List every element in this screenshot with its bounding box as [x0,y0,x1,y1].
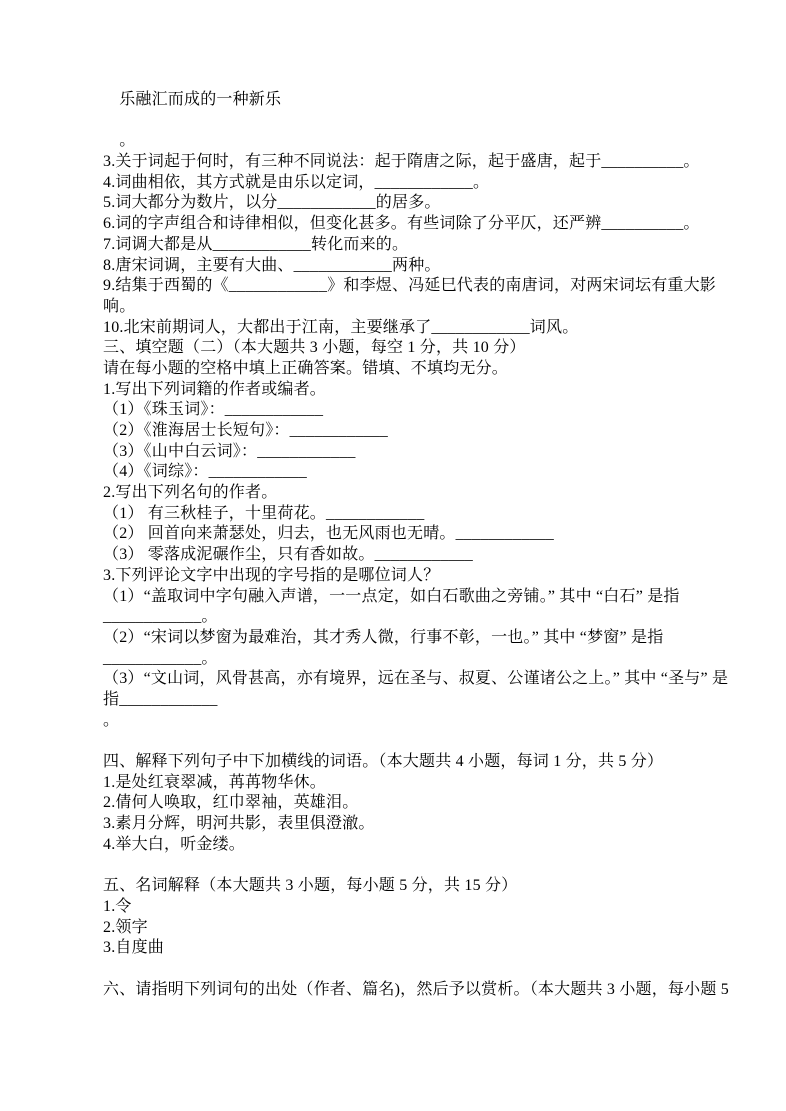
quote-question-line: （3）“文山词，风骨甚高，亦有境界，远在圣与、叔夏、公谨诸公之上。” 其中 “圣… [103,669,743,690]
wrapped-text-line: 响。 [103,297,743,318]
sub-question-2-heading: 2.写出下列名句的作者。 [103,483,743,504]
term-item: 1.令 [103,897,743,918]
blank-line [103,959,743,980]
section-five-heading: 五、名词解释（本大题共 3 小题，每小题 5 分，共 15 分） [103,876,743,897]
fill-blank-question-3: 3.关于词起于何时，有三种不同说法：起于隋唐之际，起于盛唐，起于________… [103,152,743,173]
term-item: 2.领字 [103,918,743,939]
fill-blank-item: （2） 回首向来萧瑟处，归去，也无风雨也无晴。____________ [103,524,743,545]
section-three-heading: 三、填空题（二）（本大题共 3 小题，每空 1 分，共 10 分） [103,338,743,359]
explain-term-item: 4.举大白，听金缕。 [103,835,743,856]
answer-blank-line: 指____________ [103,690,743,711]
document-page: 乐融汇而成的一种新乐 。 3.关于词起于何时，有三种不同说法：起于隋唐之际，起于… [103,90,743,1000]
fill-blank-question-10: 10.北宋前期词人，大都出于江南，主要继承了____________词风。 [103,318,743,339]
fill-blank-question-5: 5.词大都分为数片，以分____________的居多。 [103,193,743,214]
sub-question-1-heading: 1.写出下列词籍的作者或编者。 [103,380,743,401]
answer-blank-line: ____________。 [103,607,743,628]
section-six-heading: 六、请指明下列词句的出处（作者、篇名)，然后予以赏析。（本大题共 3 小题，每小… [103,980,743,1001]
fill-blank-question-6: 6.词的字声组合和诗律相似，但变化甚多。有些词除了分平仄，还严辨________… [103,214,743,235]
blank-line [103,731,743,752]
fill-blank-item: （3） 零落成泥碾作尘，只有香如故。____________ [103,545,743,566]
wrapped-punctuation-line: 。 [103,711,743,732]
fill-blank-item: （1） 有三秋桂子，十里荷花。____________ [103,504,743,525]
wrapped-punctuation-line: 。 [103,131,743,152]
blank-line [103,855,743,876]
explain-term-item: 1.是处红衰翠减，苒苒物华休。 [103,773,743,794]
fill-blank-question-7: 7.词调大都是从____________转化而来的。 [103,235,743,256]
fill-blank-question-4: 4.词曲相依，其方式就是由乐以定词，____________。 [103,173,743,194]
fill-blank-item: （4）《词综》：____________ [103,462,743,483]
blank-line [103,111,743,132]
answer-blank-line: ____________。 [103,649,743,670]
term-item: 3.自度曲 [103,938,743,959]
section-four-heading: 四、解释下列句子中下加横线的词语。（本大题共 4 小题，每词 1 分，共 5 分… [103,752,743,773]
fill-blank-item: （2）《淮海居士长短句》：____________ [103,421,743,442]
explain-term-item: 3.素月分辉，明河共影，表里俱澄澈。 [103,814,743,835]
quote-question-line: （1）“盖取词中字句融入声谱，一一点定，如白石歌曲之旁铺。” 其中 “白石” 是… [103,587,743,608]
fill-blank-question-8: 8.唐宋词调，主要有大曲、____________两种。 [103,256,743,277]
fill-blank-item: （3）《山中白云词》：____________ [103,442,743,463]
instruction-line: 请在每小题的空格中填上正确答案。错填、不填均无分。 [103,359,743,380]
answer-continuation-line: 乐融汇而成的一种新乐 [103,90,743,111]
explain-term-item: 2.倩何人唤取，红巾翠袖，英雄泪。 [103,793,743,814]
fill-blank-question-9: 9.结集于西蜀的《____________》和李煜、冯延巳代表的南唐词，对两宋词… [103,276,743,297]
fill-blank-item: （1）《珠玉词》：____________ [103,400,743,421]
sub-question-3-heading: 3.下列评论文字中出现的字号指的是哪位词人？ [103,566,743,587]
quote-question-line: （2）“宋词以梦窗为最难治，其才秀人微，行事不彰，一也。” 其中 “梦窗” 是指 [103,628,743,649]
